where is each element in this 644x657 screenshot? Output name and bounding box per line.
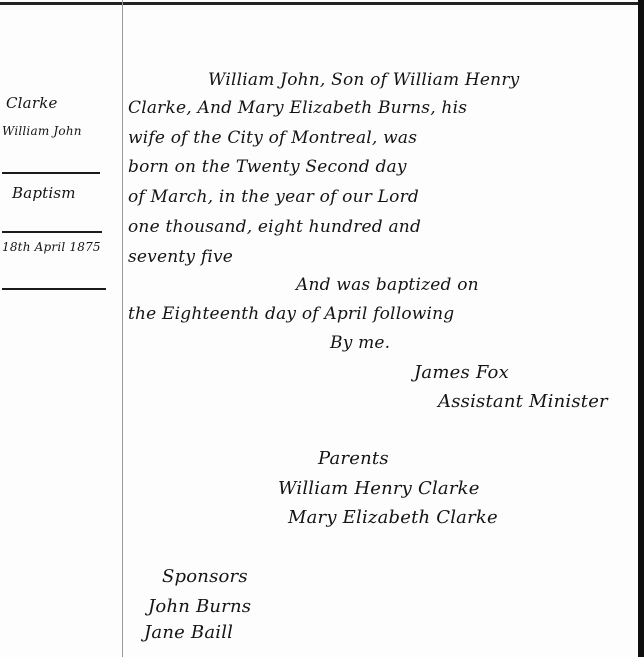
margin-rule-2 [2, 231, 102, 233]
top-rule [0, 2, 644, 5]
register-page: Clarke William John Baptism 18th April 1… [0, 0, 644, 657]
body-line-9: the Eighteenth day of April following [128, 304, 454, 324]
body-line-8: And was baptized on [296, 275, 479, 295]
parent-mother: Mary Elizabeth Clarke [288, 507, 498, 528]
sponsor-2: Jane Baill [144, 622, 233, 643]
margin-rule-3 [2, 288, 106, 290]
body-line-2: Clarke, And Mary Elizabeth Burns, his [128, 98, 467, 118]
sponsor-1: John Burns [148, 596, 251, 617]
page-edge [638, 0, 644, 657]
margin-surname: Clarke [6, 94, 58, 112]
body-line-3: wife of the City of Montreal, was [128, 128, 417, 148]
margin-date: 18th April 1875 [2, 240, 101, 254]
margin-event: Baptism [12, 184, 76, 202]
margin-given-names: William John [2, 124, 82, 138]
body-line-7: seventy five [128, 247, 233, 267]
body-line-10: By me. [330, 333, 390, 353]
parents-heading: Parents [318, 448, 389, 469]
parent-father: William Henry Clarke [278, 478, 480, 499]
sponsors-heading: Sponsors [162, 566, 248, 587]
officiant-name: James Fox [414, 362, 509, 383]
officiant-title: Assistant Minister [438, 391, 608, 412]
body-line-5: of March, in the year of our Lord [128, 187, 419, 207]
body-line-6: one thousand, eight hundred and [128, 217, 421, 237]
margin-line [122, 0, 123, 657]
margin-rule-1 [2, 172, 100, 174]
body-line-4: born on the Twenty Second day [128, 157, 407, 177]
body-line-1: William John, Son of William Henry [208, 70, 519, 90]
